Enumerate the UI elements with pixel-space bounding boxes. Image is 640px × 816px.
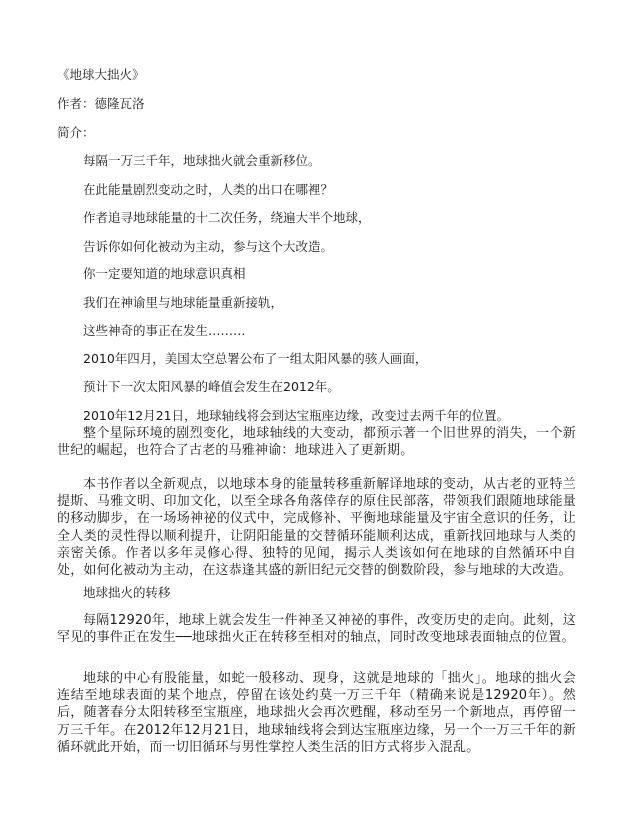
intro-line: 2010年四月，美国太空总署公布了一组太阳风暴的骇人画面， (83, 351, 427, 367)
intro-line: 告诉你如何化被动为主动，参与这个大改造。 (83, 239, 333, 255)
section-paragraph: 地球的中心有股能量，如蛇一般移动、现身，这就是地球的「拙火」。地球的拙火会连结至… (57, 670, 576, 756)
section-heading: 地球拙火的转移 (83, 585, 171, 601)
body-paragraph: 整个星际环境的剧烈变化，地球轴线的大变动，都预示著一个旧世界的消失，一个新世纪的… (57, 425, 576, 459)
intro-line: 2010年12月21日，地球轴线将会到达宝瓶座边缘，改变过去两千年的位置。 (83, 408, 509, 424)
intro-line: 这些神奇的事正在发生……… (83, 323, 246, 339)
intro-line: 在此能量剧烈变动之时，人类的出口在哪裡？ (83, 182, 333, 198)
intro-line: 我们在神谕里与地球能量重新接轨， (83, 295, 283, 311)
intro-line: 每隔一万三千年，地球拙火就会重新移位。 (83, 153, 321, 169)
intro-line: 你一定要知道的地球意识真相 (83, 266, 246, 282)
intro-line: 作者追寻地球能量的十二次任务，绕遍大半个地球， (83, 210, 371, 226)
body-paragraph: 本书作者以全新观点，以地球本身的能量转移重新解译地球的变动，从古老的亚特兰提斯、… (57, 476, 576, 579)
intro-line: 预计下一次太阳风暴的峰值会发生在2012年。 (83, 379, 340, 395)
section-paragraph: 每隔12920年，地球上就会发生一件神圣又神祕的事件，改变历史的走向。此刻，这罕… (57, 612, 576, 646)
intro-label: 简介： (57, 125, 95, 141)
author-line: 作者：德隆瓦洛 (57, 96, 145, 112)
book-title: 《地球大拙火》 (57, 67, 145, 83)
